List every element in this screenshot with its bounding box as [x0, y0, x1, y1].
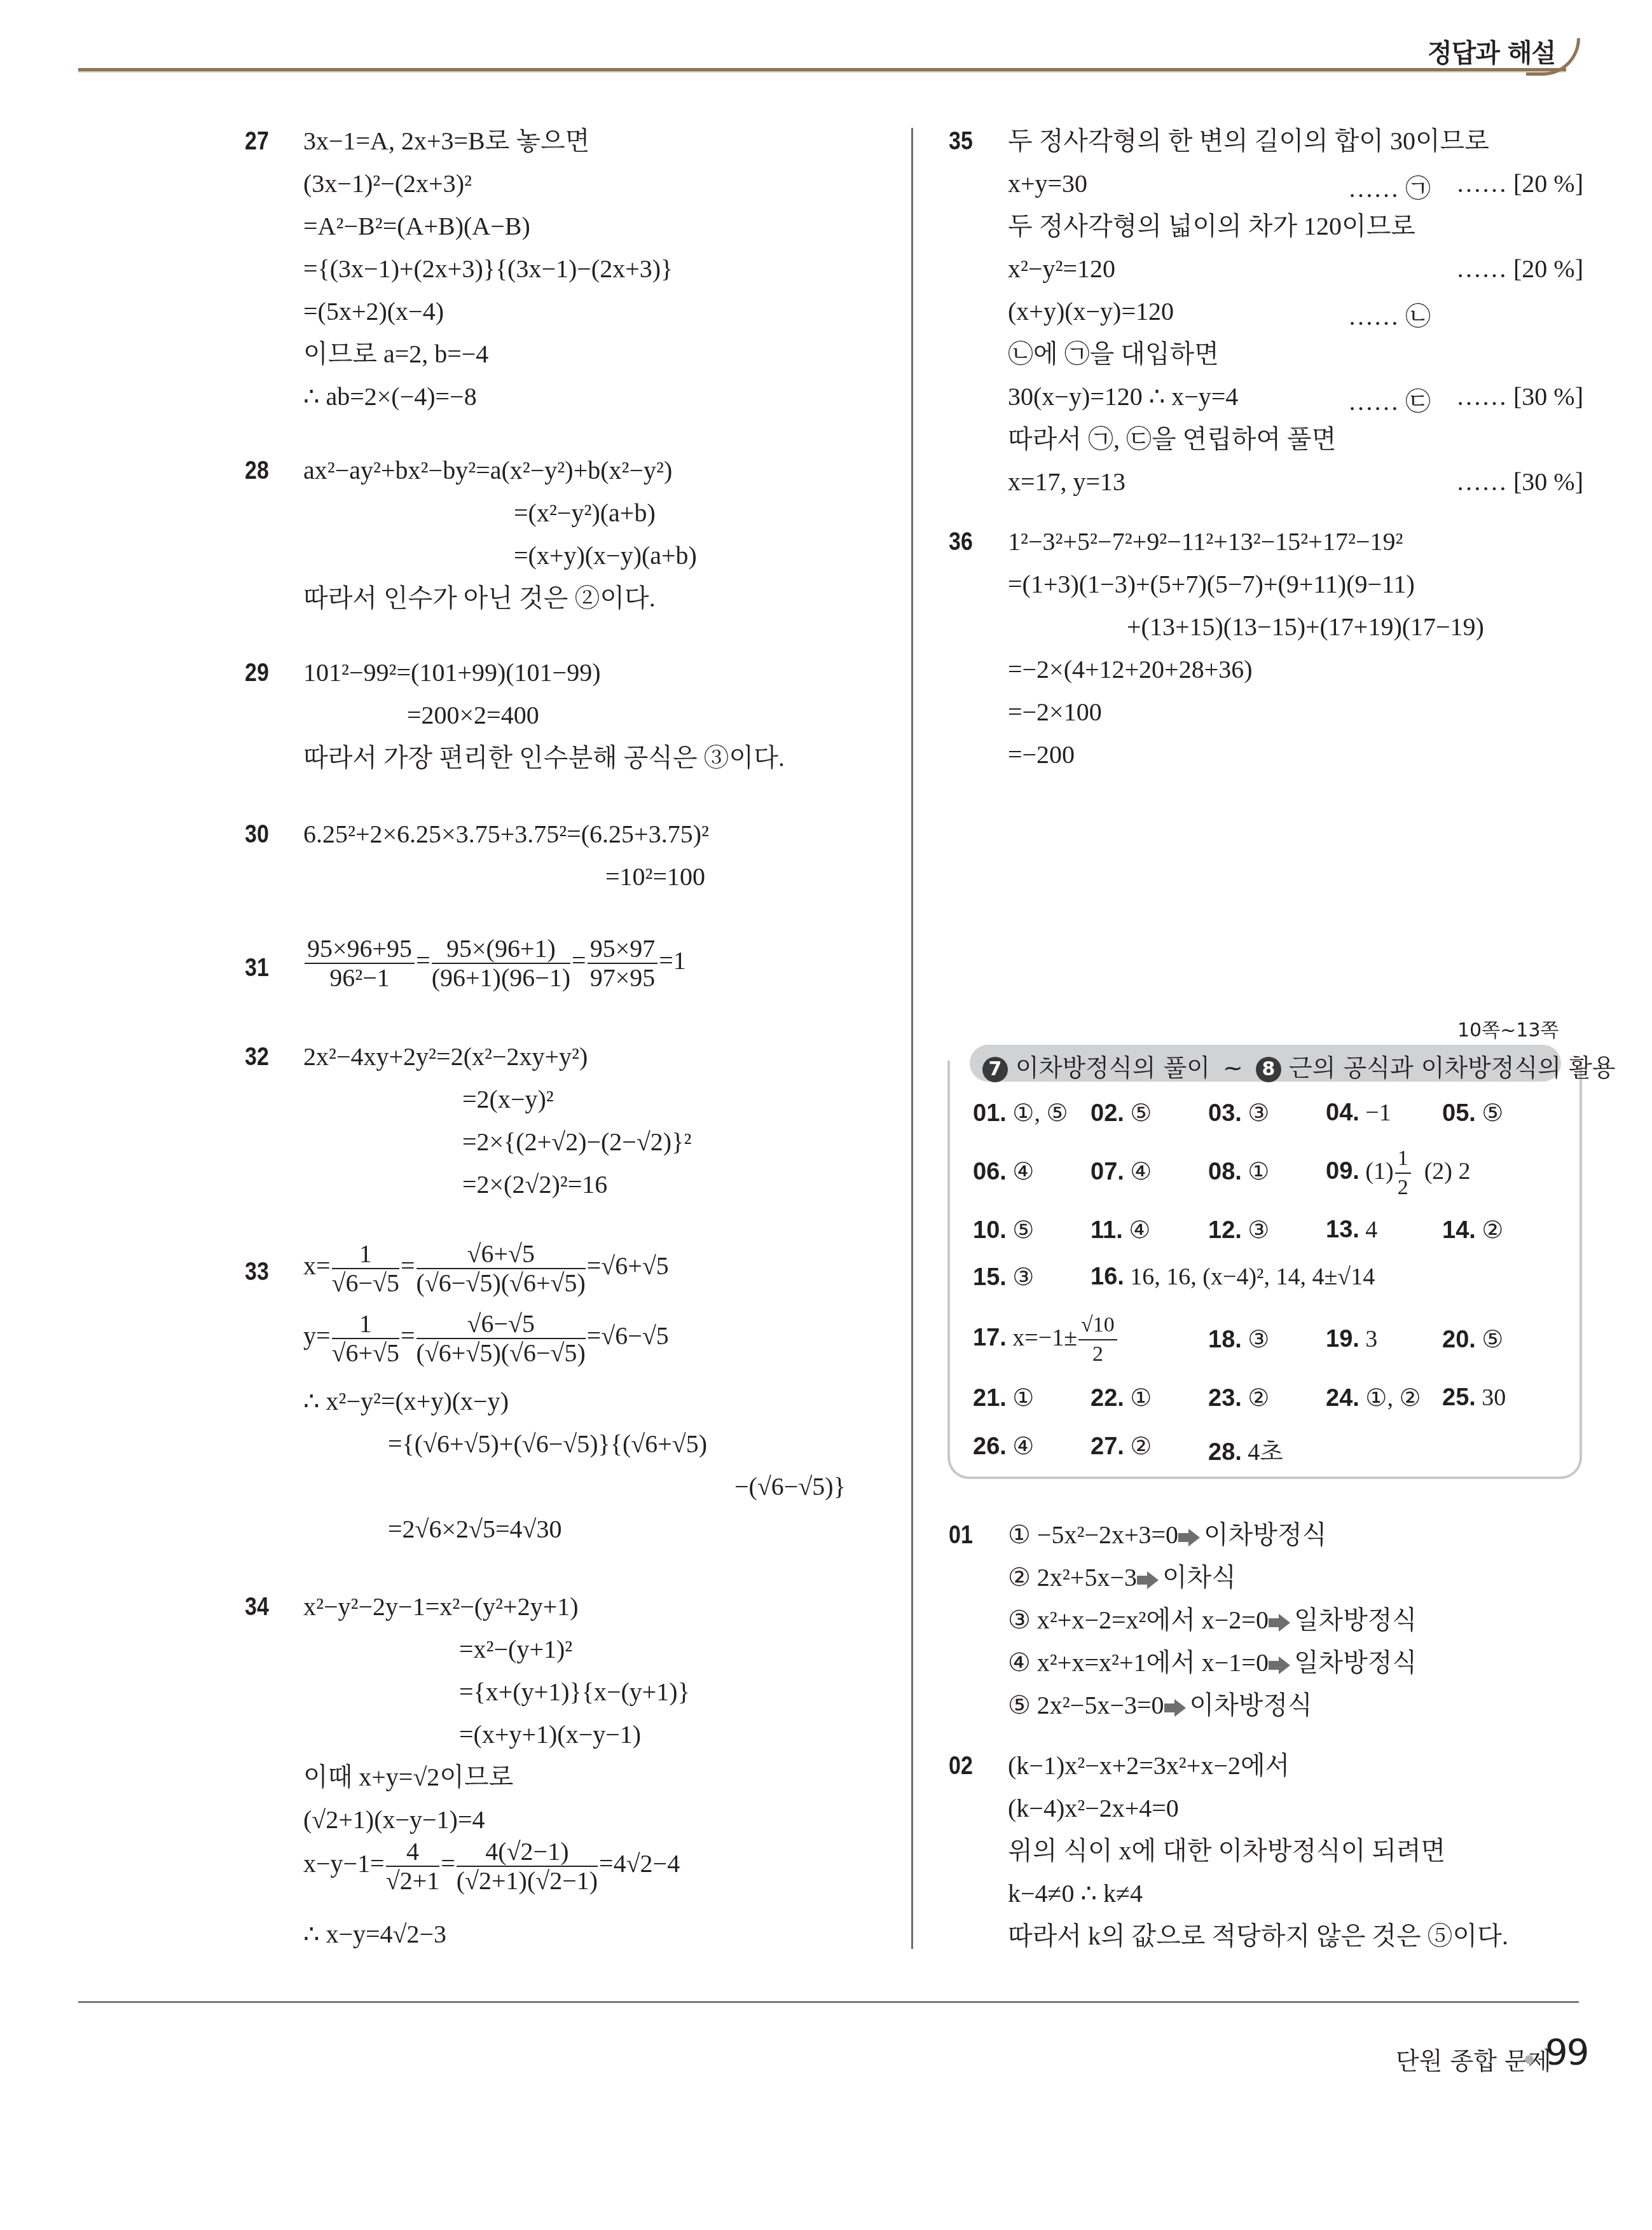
solution-line: ={x+(y+1)}{x−(y+1)} [459, 1677, 690, 1707]
solution-line: ={(3x−1)+(2x+3)}{(3x−1)−(2x+3)} [303, 254, 673, 284]
answer-19: 19. 3 [1326, 1325, 1377, 1353]
answer-04: 04. −1 [1326, 1099, 1391, 1127]
answer-03: 03. ③ [1208, 1099, 1269, 1127]
answer-13: 13. 4 [1326, 1216, 1377, 1244]
answer-07: 07. ④ [1091, 1157, 1152, 1186]
score-note: …… [30 %] [1456, 467, 1583, 497]
solution-line: 101²−99²=(101+99)(101−99) [303, 657, 601, 688]
solution-line: =10²=100 [605, 862, 705, 892]
arrow-right-icon [1279, 1656, 1290, 1674]
arrow-right-icon [1147, 1571, 1159, 1589]
fraction-expression-y: y=1√6+√5=√6−√5(√6+√5)(√6−√5)=√6−√5 [303, 1310, 669, 1367]
section-badge-8: 8 [1256, 1057, 1281, 1082]
answer-21: 21. ① [973, 1384, 1034, 1412]
solution-line: =−2×(4+12+20+28+36) [1008, 654, 1253, 685]
solution-line: ax²−ay²+bx²−by²=a(x²−y²)+b(x²−y²) [303, 455, 672, 486]
conclusion-line: ∴ x−y=4√2−3 [303, 1919, 446, 1950]
problem-number: 31 [245, 954, 269, 982]
solution-line: =−200 [1008, 740, 1075, 770]
problem-number: 33 [245, 1258, 269, 1286]
answer-17: 17. x=−1±√102 [973, 1311, 1119, 1368]
arrow-right-icon [1188, 1529, 1200, 1546]
solution-line: 따라서 ㉠, ㉢을 연립하여 풀면 [1008, 424, 1336, 455]
solution-line: 3x−1=A, 2x+3=B로 놓으면 [303, 126, 589, 156]
solution-line: ∴ ab=2×(−4)=−8 [303, 382, 477, 412]
problem-number: 34 [245, 1593, 269, 1621]
answer-23: 23. ② [1208, 1384, 1269, 1412]
problem-number: 01 [949, 1521, 973, 1550]
solution-line: 1²−3²+5²−7²+9²−11²+13²−15²+17²−19² [1008, 527, 1403, 557]
solution-line: 30(x−y)=120 ∴ x−y=4 [1008, 382, 1238, 412]
problem-number: 36 [949, 528, 973, 556]
problem-number: 27 [245, 127, 269, 156]
solution-line: =(x+y)(x−y)(a+b) [514, 540, 697, 571]
solution-line: (k−4)x²−2x+4=0 [1008, 1793, 1179, 1824]
answer-08: 08. ① [1208, 1157, 1269, 1186]
fraction-expression: 95×96+9596²−1=95×(96+1)(96+1)(96−1)=95×9… [303, 935, 686, 992]
classification-line: ④ x²+x=x²+1에서 x−1=0일차방정식 [1008, 1648, 1417, 1678]
answer-20: 20. ⑤ [1442, 1325, 1503, 1354]
solution-line: =A²−B²=(A+B)(A−B) [303, 211, 530, 242]
equation-mark: …… ㉢ [1348, 382, 1431, 418]
solution-line: x²−y²=120 [1008, 254, 1115, 284]
fraction: 1√6−√5 [332, 1240, 399, 1297]
fraction: 4√2+1 [386, 1838, 440, 1895]
score-note: …… [20 %] [1456, 254, 1583, 284]
fraction: 95×(96+1)(96+1)(96−1) [432, 935, 570, 992]
solution-line: ={(√6+√5)+(√6−√5)}{(√6+√5) [388, 1429, 707, 1459]
fraction: 95×96+9596²−1 [305, 935, 415, 992]
equation-mark: …… ㉠ [1348, 169, 1431, 205]
answer-18: 18. ③ [1208, 1325, 1269, 1354]
solution-line: =(1+3)(1−3)+(5+7)(5−7)+(9+11)(9−11) [1008, 569, 1415, 600]
classification-line: ⑤ 2x²−5x−3=0이차방정식 [1008, 1690, 1312, 1721]
answer-11: 11. ④ [1091, 1216, 1150, 1244]
equation-mark: …… ㉡ [1348, 296, 1431, 333]
solution-line: k−4≠0 ∴ k≠4 [1008, 1878, 1143, 1909]
page-number: 99 [1545, 2032, 1588, 2073]
solution-line: 이때 x+y=√2이므로 [303, 1762, 513, 1793]
solution-line: x=17, y=13 [1008, 467, 1125, 497]
answer-16: 16. 16, 16, (x−4)², 14, 4±√14 [1091, 1263, 1375, 1291]
arrow-right-icon [1174, 1699, 1186, 1717]
header-title: 정답과 해설 [1428, 33, 1555, 69]
solution-line: =(x+y+1)(x−y−1) [459, 1719, 641, 1750]
solution-line: −(√6−√5)} [734, 1471, 846, 1502]
solution-line: +(13+15)(13−15)+(17+19)(17−19) [1127, 612, 1484, 642]
solution-line: 이므로 a=2, b=−4 [303, 339, 488, 369]
conclusion-line: 따라서 인수가 아닌 것은 ②이다. [303, 583, 656, 614]
problem-number: 32 [245, 1043, 269, 1071]
solution-line: =2√6×2√5=4√30 [388, 1514, 562, 1545]
problem-number: 28 [245, 457, 269, 485]
column-divider [911, 128, 913, 1949]
solution-line: =2(x−y)² [462, 1084, 554, 1115]
fraction: √6−√5(√6+√5)(√6−√5) [416, 1310, 586, 1367]
solution-line: =(x²−y²)(a+b) [514, 498, 656, 528]
page-range: 10쪽~13쪽 [1457, 1014, 1559, 1042]
problem-number: 02 [949, 1752, 973, 1780]
section-title: 7 이차방정식의 풀이 ~ 8 근의 공식과 이차방정식의 활용 [982, 1048, 1615, 1083]
solution-line: =x²−(y+1)² [459, 1634, 572, 1665]
arrow-right-icon [1279, 1614, 1290, 1632]
answer-22: 22. ① [1091, 1384, 1152, 1412]
solution-line: x²−y²−2y−1=x²−(y²+2y+1) [303, 1592, 579, 1622]
fraction: 1√6+√5 [332, 1310, 399, 1367]
classification-line: ① −5x²−2x+3=0이차방정식 [1008, 1520, 1326, 1550]
fraction: 4(√2−1)(√2+1)(√2−1) [457, 1838, 598, 1895]
answer-01: 01. ①, ⑤ [973, 1099, 1068, 1127]
answer-26: 26. ④ [973, 1432, 1034, 1461]
bullet-dot-icon [1525, 2055, 1534, 2064]
answer-27: 27. ② [1091, 1432, 1152, 1461]
answer-14: 14. ② [1442, 1216, 1503, 1244]
solution-line: =2×{(2+√2)−(2−√2)}² [462, 1127, 691, 1157]
fraction-expression: x−y−1=4√2+1=4(√2−1)(√2+1)(√2−1)=4√2−4 [303, 1838, 680, 1895]
problem-number: 35 [949, 127, 973, 156]
section-badge-7: 7 [982, 1057, 1008, 1082]
fraction: √6+√5(√6−√5)(√6+√5) [416, 1240, 586, 1297]
answer-06: 06. ④ [973, 1157, 1034, 1186]
solution-line: (x+y)(x−y)=120 [1008, 296, 1174, 327]
solution-line: (k−1)x²−x+2=3x²+x−2에서 [1008, 1751, 1290, 1781]
score-note: …… [30 %] [1456, 382, 1583, 411]
problem-number: 30 [245, 820, 269, 849]
solution-line: =(5x+2)(x−4) [303, 296, 444, 327]
solution-line: =−2×100 [1008, 697, 1102, 727]
answer-05: 05. ⑤ [1442, 1099, 1503, 1127]
score-note: …… [20 %] [1456, 169, 1583, 198]
answer-24: 24. ①, ② [1326, 1384, 1421, 1412]
solution-line: 위의 식이 x에 대한 이차방정식이 되려면 [1008, 1836, 1445, 1866]
fraction: 95×9797×95 [588, 935, 658, 992]
fraction-expression-x: x=1√6−√5=√6+√5(√6−√5)(√6+√5)=√6+√5 [303, 1240, 669, 1297]
answer-02: 02. ⑤ [1091, 1099, 1152, 1127]
classification-line: ③ x²+x−2=x²에서 x−2=0일차방정식 [1008, 1605, 1417, 1635]
header-rule [78, 68, 1566, 72]
solution-line: 2x²−4xy+2y²=2(x²−2xy+y²) [303, 1042, 588, 1072]
solution-line: =200×2=400 [407, 700, 539, 731]
problem-number: 29 [245, 659, 269, 687]
solution-line: =2×(2√2)²=16 [462, 1169, 607, 1200]
answer-15: 15. ③ [973, 1263, 1034, 1291]
solution-line: (3x−1)²−(2x+3)² [303, 169, 472, 199]
answer-09: 09. (1)12 (2) 2 [1326, 1145, 1470, 1202]
solution-line: 두 정사각형의 한 변의 길이의 합이 30이므로 [1008, 126, 1489, 156]
conclusion-line: 따라서 k의 값으로 적당하지 않은 것은 ⑤이다. [1008, 1921, 1508, 1951]
solution-line: 두 정사각형의 넓이의 차가 120이므로 [1008, 211, 1415, 242]
answer-25: 25. 30 [1442, 1384, 1506, 1412]
answer-12: 12. ③ [1208, 1216, 1269, 1244]
solution-line: ∴ x²−y²=(x+y)(x−y) [303, 1386, 509, 1417]
classification-line: ② 2x²+5x−3이차식 [1008, 1562, 1236, 1593]
solution-line: (√2+1)(x−y−1)=4 [303, 1805, 485, 1835]
conclusion-line: 따라서 가장 편리한 인수분해 공식은 ③이다. [303, 743, 785, 773]
answer-28: 28. 4초 [1208, 1432, 1283, 1467]
footer-rule [78, 2001, 1579, 2003]
solution-line: x+y=30 [1008, 169, 1087, 199]
answer-10: 10. ⑤ [973, 1216, 1034, 1244]
solution-line: ㉡에 ㉠을 대입하면 [1008, 339, 1219, 369]
solution-line: 6.25²+2×6.25×3.75+3.75²=(6.25+3.75)² [303, 819, 709, 850]
